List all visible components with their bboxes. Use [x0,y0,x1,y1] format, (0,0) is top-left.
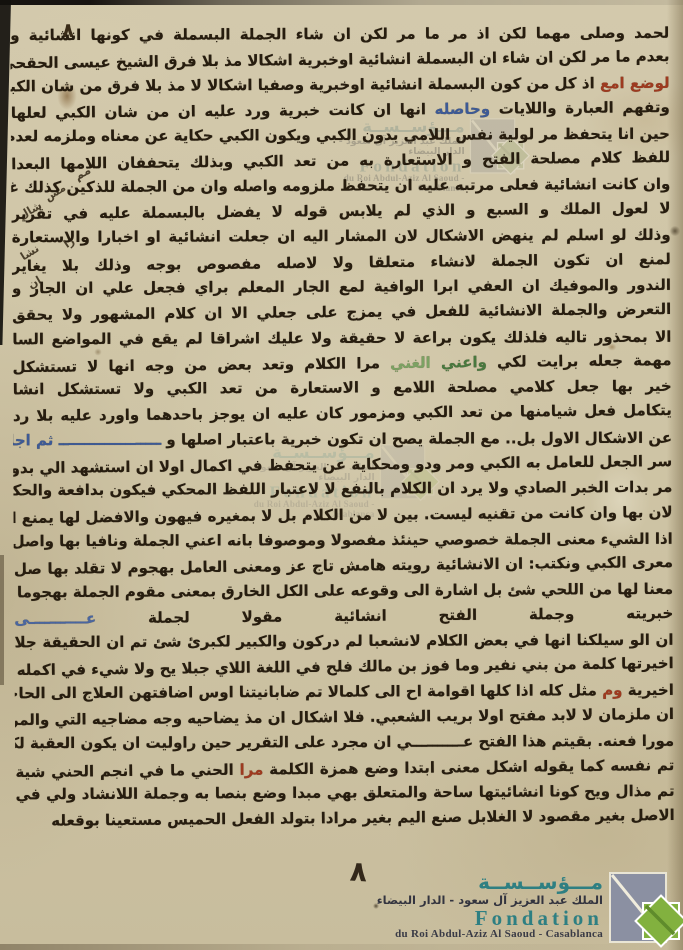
manuscript-segment-ink: التعرض والجملة الانشائية للفعل في يمزج ع… [12,300,671,324]
manuscript-page-scan: ٨ ٨ مممسشالرانشاان مـــؤســســة الملك عب… [0,0,683,950]
manuscript-segment-ink: تم نفسه كما يقوله اشكل معنى ابتدا وضع هم… [263,756,674,778]
manuscript-segment-ink: اخيرتها كلمة من بني نفير وما فوز بن مالك… [15,654,674,680]
foundation-line-arabic: الملك عبد العزيز آل سعود - الدار البيضاء [329,894,603,906]
manuscript-segment-stretchb: عـــــــــــى [14,609,96,628]
manuscript-segment-ink: لمنع ان تكون الجملة لانشاء متعلقا ولا لا… [12,250,671,275]
manuscript-segment-ink: معرى الكبي ونكتب: ان الانشائية رويته هام… [14,553,673,578]
manuscript-segment-ink: وان كانت انشائية فعلى مرتبه عليه ان يتحف… [11,175,670,197]
scan-edge-top [0,0,683,5]
foundation-logo-icon [609,872,681,946]
manuscript-segment-blue: ثم اجاب [13,431,53,449]
manuscript-segment-stretch: عــــــــــي [391,733,473,751]
manuscript-segment-ink: اخيرية [622,681,673,699]
manuscript-segment-ink: لا لعول الملك و السبع و الذي لم يلابس قو… [11,199,670,223]
manuscript-segment-greenl: الغني [380,354,431,373]
manuscript-segment-ink: ان الو سيلكنا انها في بعض الكلام لانشعبا… [14,631,673,652]
manuscript-segment-ink: ان مجرد على التقرير حين راوليت ان يكون ا… [15,733,391,753]
manuscript-line: مورا فعنه. بقيتم هذا الفتح عــــــــــي … [15,729,674,757]
manuscript-segment-ink: وتفهم العبارة واللايات [490,98,670,118]
manuscript-segment-ink: الندور والموفيك ان العفي ابرا الوافية لم… [12,276,671,297]
foundation-stamp: مـــؤســســة الملك عبد العزيز آل سعود - … [329,872,681,946]
manuscript-line: الاصل بغير مقصود لا الغلابل صنع اليم بغي… [16,803,675,834]
manuscript-segment-ink: الحني ما في انجم الحني شية [15,760,234,780]
manuscript-segment-ink: مرا الكلام وتعد بعض من وجه انها لا تستشك… [12,354,380,376]
foundation-stamp-text: مـــؤســســة الملك عبد العزيز آل سعود - … [329,872,603,941]
manuscript-segment-ink: ان ملزمان لا لابد مفتح اولا بريب الشعبي.… [15,705,674,730]
manuscript-segment-green: واعني [431,353,487,372]
manuscript-line: يتكامل فعل شيامنها من تعد الكبي ومزمور ك… [13,398,672,429]
foundation-name-french: Fondation [329,907,603,929]
manuscript-line: وذلك لو اسلم لم ينهض الاشكال لان المشار … [12,223,671,251]
manuscript-line: التعرض والجملة الانشائية للفعل في يمزج ع… [12,297,671,328]
manuscript-segment-ink: لحمد وصلى مهما لكن اذ مر ما مر لكن ان شا… [10,24,669,45]
manuscript-segment-ink: حين انا يتحفظ مر لولية نفس اللامي بدون ا… [11,125,670,146]
manuscript-segment-blue: وحاصله [426,100,490,119]
manuscript-segment-ink: خبريته وجملة الفتح انشائية مقولا لجملة [96,604,673,627]
manuscript-segment-ink: لان بها وان كانت من تقنيه ليست. بين لا م… [14,503,673,527]
manuscript-segment-red: لوضع امع [595,73,670,91]
manuscript-segment-ink: مورا فعنه. بقيتم هذا الفتح [473,732,674,751]
manuscript-segment-ink: بعدم ما مر لكن ان شاء ان البسملة انشائية… [10,47,669,72]
manuscript-text-block: لحمد وصلى مهما لكن اذ مر ما مر لكن ان شا… [10,20,675,834]
manuscript-segment-ink: عن الاشكال الاول بل.. مع الجملة يصح ان ت… [161,428,672,448]
manuscript-segment-ink: سر الجعل للعامل به الكبي ومر ودو ومحكاية… [13,452,672,478]
manuscript-segment-ink: للفظ كلام مصلحة الفتح و الاستعارة به من … [11,149,670,174]
manuscript-line: الا بمحذور تاليه فلذلك يكون براعة لا حقي… [12,324,671,352]
manuscript-line: مر بدات الخبر الصادي ولا يرد ان الكلام ب… [13,475,672,504]
manuscript-segment-ink: تم مذال ويح كونا انشائيتها ساحة والمتعلق… [16,782,675,803]
manuscript-segment-ink: معنا لها من اللحي شئ بل اشارة الى وقوعه … [14,579,673,601]
manuscript-segment-red: مرا [234,760,264,778]
manuscript-segment-rule: ــــــــــــــــــــ [53,430,161,448]
manuscript-segment-ink: اذ كل من كون البسملة انشائية اوخبرية وصف… [11,74,595,95]
manuscript-segment-ink: مر بدات الخبر الصادي ولا يرد ان الكلام ب… [13,478,672,500]
manuscript-segment-red: وم [597,681,623,699]
manuscript-segment-ink: مثل كله اذا كلها اقوامة اح الى كلمالا تم… [15,681,597,702]
scan-edge-left-lower [0,555,4,685]
foundation-line-french: du Roi Abdul-Aziz Al Saoud - Casablanca [329,929,603,941]
manuscript-segment-ink: انها ان كانت خبرية ورد عليه ان من شان ال… [11,100,426,122]
manuscript-segment-ink: وذلك لو اسلم لم ينهض الاشكال لان المشار … [12,226,671,247]
foundation-name-arabic: مـــؤســســة [329,872,603,893]
manuscript-segment-ink: اذا الشيء معنى الجملة خصوصي حينئذ مفصولا… [14,530,673,551]
manuscript-segment-ink: الاصل بغير مقصود لا الغلابل صنع اليم بغي… [51,806,675,830]
manuscript-segment-ink: خير بها جعل كلامي مصلحة اللامع و الاستعا… [13,377,672,398]
manuscript-segment-ink: مهمة جعله برايت لكي [487,351,672,371]
manuscript-line: معنا لها من اللحي شئ بل اشارة الى وقوعه … [14,576,673,605]
manuscript-segment-ink: الا بمحذور تاليه فلذلك يكون براعة لا حقي… [12,327,671,348]
manuscript-segment-ink: يتكامل فعل شيامنها من تعد الكبي ومزمور ك… [13,401,672,425]
